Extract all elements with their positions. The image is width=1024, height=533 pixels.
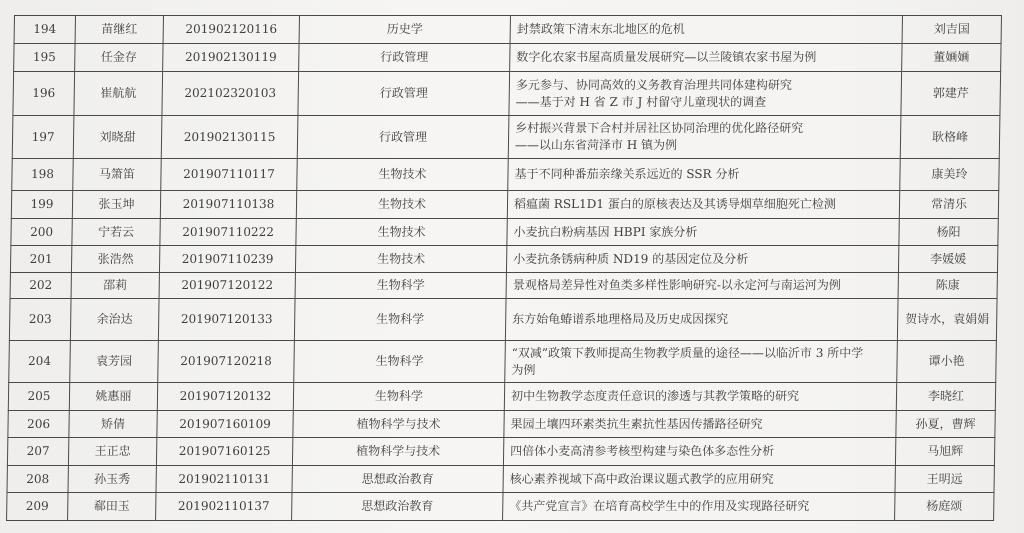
- cell-advisor: 杨庭颂: [895, 493, 994, 521]
- cell-student-name: 余治达: [70, 299, 159, 341]
- thesis-title-line: 封禁政策下清末东北地区的危机: [517, 21, 896, 38]
- cell-advisor: 孙夏，曹辉: [896, 411, 995, 438]
- cell-thesis-title: 基于不同种番茄亲缘关系远近的 SSR 分析: [508, 159, 901, 191]
- thesis-title-line: “双减”政策下教师提高生物教学质量的途径——以临沂市 3 所中学: [512, 345, 891, 362]
- cell-student-id: 201902110137: [156, 493, 292, 521]
- table-row: 206 矫倩 201907160109 植物科学与技术 果园土壤四环素类抗生素抗…: [8, 411, 995, 438]
- cell-student-id: 201907120132: [157, 383, 293, 411]
- cell-thesis-title: 稻瘟菌 RSL1D1 蛋白的原核表达及其诱导烟草细胞死亡检测: [507, 191, 899, 219]
- thesis-title-line: 东方始龟蝽谱系地理格局及历史成因探究: [512, 311, 891, 328]
- table-row: 197 刘晓甜 201902130115 行政管理 乡村振兴背景下合村并居社区协…: [12, 116, 1000, 159]
- cell-student-name: 宁若云: [72, 219, 160, 246]
- thesis-title-line: 稻瘟菌 RSL1D1 蛋白的原核表达及其诱导烟草细胞死亡检测: [514, 196, 893, 213]
- thesis-title-line: 基于不同种番茄亲缘关系远近的 SSR 分析: [514, 166, 893, 183]
- thesis-title-line: ——以山东省菏泽市 H 镇为例: [515, 137, 894, 154]
- cell-advisor: 杨阳: [899, 219, 998, 246]
- cell-major: 行政管理: [297, 116, 509, 159]
- cell-major: 生物技术: [296, 219, 507, 246]
- cell-student-id: 201902130115: [161, 116, 298, 159]
- thesis-title-line: 核心素养视域下高中政治课议题式教学的应用研究: [510, 471, 889, 488]
- cell-student-name: 孙玉秀: [68, 466, 156, 493]
- cell-serial-number: 199: [11, 191, 72, 219]
- thesis-title-line: 果园土壤四环素类抗生素抗性基因传播路径研究: [510, 416, 889, 433]
- cell-major: 思想政治教育: [292, 493, 503, 521]
- cell-student-name: 崔航航: [74, 72, 163, 116]
- cell-advisor: 常清乐: [899, 191, 998, 219]
- table-row: 199 张玉坤 201907110138 生物技术 稻瘟菌 RSL1D1 蛋白的…: [11, 191, 998, 219]
- thesis-title-line: 乡村振兴背景下合村并居社区协同治理的优化路径研究: [515, 120, 894, 137]
- table-row: 208 孙玉秀 201902110131 思想政治教育 核心素养视域下高中政治课…: [7, 466, 994, 493]
- cell-serial-number: 200: [11, 219, 72, 246]
- cell-major: 行政管理: [298, 72, 510, 116]
- cell-serial-number: 194: [14, 16, 75, 44]
- cell-student-name: 王正忠: [68, 438, 156, 466]
- cell-student-id: 201902130119: [163, 44, 299, 72]
- cell-thesis-title: 景观格局差异性对鱼类多样性影响研究-以永定河与南运河为例: [506, 273, 898, 299]
- cell-thesis-title: 小麦抗条锈病种质 ND19 的基因定位及分析: [506, 246, 898, 273]
- cell-thesis-title: “双减”政策下教师提高生物教学质量的途径——以临沂市 3 所中学为例: [505, 341, 898, 383]
- thesis-title-line: 景观格局差异性对鱼类多样性影响研究-以永定河与南运河为例: [513, 277, 892, 294]
- cell-major: 生物科学: [294, 341, 506, 383]
- cell-major: 历史学: [299, 16, 510, 44]
- cell-major: 植物科学与技术: [292, 438, 503, 466]
- table-row: 195 任金存 201902130119 行政管理 数字化农家书屋高质量发展研究…: [14, 44, 1001, 72]
- cell-student-id: 201907110117: [161, 159, 298, 191]
- cell-student-name: 张玉坤: [72, 191, 160, 219]
- thesis-title-line: 数字化农家书屋高质量发展研究—以兰陵镇农家书屋为例: [516, 49, 895, 66]
- cell-major: 生物科学: [293, 383, 504, 411]
- cell-serial-number: 207: [7, 438, 68, 466]
- cell-student-id: 202102320103: [162, 72, 299, 116]
- cell-student-id: 201902110131: [156, 466, 292, 493]
- cell-student-id: 201907160125: [156, 438, 292, 466]
- table-row: 204 袁芳园 201907120218 生物科学 “双减”政策下教师提高生物教…: [9, 341, 997, 383]
- cell-advisor: 刘吉国: [902, 16, 1001, 44]
- cell-student-name: 苗继红: [75, 16, 163, 44]
- thesis-title-line: 四倍体小麦高清参考核型构建与染色体多态性分析: [510, 443, 889, 460]
- cell-student-id: 201907120133: [158, 299, 295, 341]
- document-page: 194 苗继红 201902120116 历史学 封禁政策下清末东北地区的危机 …: [0, 0, 1024, 533]
- cell-student-id: 201907110239: [159, 246, 295, 273]
- cell-student-name: 任金存: [75, 44, 163, 72]
- thesis-title-line: ——基于对 H 省 Z 市 J 村留守儿童现状的调查: [515, 94, 894, 111]
- cell-advisor: 王明远: [895, 466, 994, 493]
- cell-serial-number: 197: [12, 116, 74, 159]
- cell-advisor: 董婳婳: [902, 44, 1001, 72]
- cell-student-name: 袁芳园: [70, 341, 159, 383]
- cell-serial-number: 196: [13, 72, 75, 116]
- cell-serial-number: 208: [7, 466, 68, 493]
- cell-student-name: 郗田玉: [68, 493, 156, 521]
- cell-serial-number: 202: [10, 273, 71, 299]
- cell-major: 思想政治教育: [292, 466, 503, 493]
- cell-serial-number: 205: [8, 383, 69, 411]
- thesis-title-line: 《共产党宣言》在培育高校学生中的作用及实现路径研究: [509, 498, 888, 515]
- thesis-title-line: 多元参与、协同高效的义务教育治理共同体建构研究: [516, 77, 895, 94]
- cell-major: 生物技术: [296, 191, 507, 219]
- cell-thesis-title: 果园土壤四环素类抗生素抗性基因传播路径研究: [504, 411, 896, 438]
- cell-advisor: 耿格峰: [900, 116, 1000, 159]
- cell-student-id: 201907110138: [160, 191, 296, 219]
- cell-thesis-title: 东方始龟蝽谱系地理格局及历史成因探究: [505, 299, 898, 341]
- cell-advisor: 谭小艳: [897, 341, 997, 383]
- cell-thesis-title: 核心素养视域下高中政治课议题式教学的应用研究: [503, 466, 895, 493]
- cell-student-id: 201907120218: [158, 341, 295, 383]
- thesis-title-line: 为例: [511, 362, 890, 379]
- table-row: 194 苗继红 201902120116 历史学 封禁政策下清末东北地区的危机 …: [14, 16, 1001, 44]
- cell-student-id: 201907120122: [159, 273, 295, 299]
- table-row: 198 马箫笛 201907110117 生物技术 基于不同种番茄亲缘关系远近的…: [12, 159, 1000, 191]
- cell-major: 生物技术: [297, 159, 509, 191]
- table-row: 202 邵莉 201907120122 生物科学 景观格局差异性对鱼类多样性影响…: [10, 273, 997, 299]
- table-row: 207 王正忠 201907160125 植物科学与技术 四倍体小麦高清参考核型…: [7, 438, 994, 466]
- cell-student-id: 201907110222: [160, 219, 296, 246]
- thesis-title-line: 小麦抗条锈病种质 ND19 的基因定位及分析: [513, 251, 892, 268]
- cell-student-name: 邵莉: [71, 273, 159, 299]
- cell-serial-number: 195: [14, 44, 75, 72]
- cell-student-name: 张浩然: [71, 246, 159, 273]
- cell-serial-number: 201: [10, 246, 71, 273]
- cell-thesis-title: 四倍体小麦高清参考核型构建与染色体多态性分析: [503, 438, 895, 466]
- cell-thesis-title: 初中生物教学态度责任意识的渗透与其教学策略的研究: [504, 383, 896, 411]
- cell-major: 植物科学与技术: [293, 411, 504, 438]
- cell-student-name: 矫倩: [69, 411, 157, 438]
- cell-serial-number: 204: [9, 341, 71, 383]
- cell-student-name: 姚惠丽: [69, 383, 157, 411]
- cell-advisor: 康美玲: [900, 159, 1000, 191]
- table-row: 201 张浩然 201907110239 生物技术 小麦抗条锈病种质 ND19 …: [10, 246, 997, 273]
- cell-serial-number: 198: [12, 159, 74, 191]
- roster-body: 194 苗继红 201902120116 历史学 封禁政策下清末东北地区的危机 …: [7, 16, 1002, 521]
- table-row: 209 郗田玉 201902110137 思想政治教育 《共产党宣言》在培育高校…: [7, 493, 994, 521]
- cell-advisor: 李媛媛: [898, 246, 997, 273]
- cell-thesis-title: 《共产党宣言》在培育高校学生中的作用及实现路径研究: [503, 493, 895, 521]
- cell-serial-number: 209: [7, 493, 68, 521]
- cell-serial-number: 206: [8, 411, 69, 438]
- table-row: 203 余治达 201907120133 生物科学 东方始龟蝽谱系地理格局及历史…: [9, 299, 997, 341]
- thesis-roster-table: 194 苗继红 201902120116 历史学 封禁政策下清末东北地区的危机 …: [6, 15, 1002, 521]
- cell-major: 生物科学: [295, 273, 506, 299]
- cell-advisor: 马旭辉: [895, 438, 994, 466]
- cell-student-id: 201902120116: [163, 16, 299, 44]
- cell-student-name: 刘晓甜: [73, 116, 162, 159]
- cell-serial-number: 203: [9, 299, 71, 341]
- cell-thesis-title: 乡村振兴背景下合村并居社区协同治理的优化路径研究——以山东省菏泽市 H 镇为例: [508, 116, 901, 159]
- cell-advisor: 李晓红: [896, 383, 995, 411]
- cell-thesis-title: 多元参与、协同高效的义务教育治理共同体建构研究——基于对 H 省 Z 市 J 村…: [509, 72, 902, 116]
- cell-advisor: 贺诗水，袁娟娟: [897, 299, 997, 341]
- cell-student-id: 201907160109: [157, 411, 293, 438]
- cell-thesis-title: 小麦抗白粉病基因 HBPI 家族分析: [507, 219, 899, 246]
- cell-major: 生物科学: [294, 299, 506, 341]
- thesis-title-line: 初中生物教学态度责任意识的渗透与其教学策略的研究: [511, 388, 890, 405]
- cell-thesis-title: 封禁政策下清末东北地区的危机: [510, 16, 902, 44]
- table-row: 205 姚惠丽 201907120132 生物科学 初中生物教学态度责任意识的渗…: [8, 383, 995, 411]
- cell-advisor: 陈康: [898, 273, 997, 299]
- table-row: 200 宁若云 201907110222 生物技术 小麦抗白粉病基因 HBPI …: [11, 219, 998, 246]
- table-row: 196 崔航航 202102320103 行政管理 多元参与、协同高效的义务教育…: [13, 72, 1001, 116]
- cell-thesis-title: 数字化农家书屋高质量发展研究—以兰陵镇农家书屋为例: [510, 44, 902, 72]
- cell-major: 生物技术: [295, 246, 506, 273]
- cell-advisor: 郭建芹: [901, 72, 1001, 116]
- cell-major: 行政管理: [299, 44, 510, 72]
- cell-student-name: 马箫笛: [73, 159, 162, 191]
- thesis-title-line: 小麦抗白粉病基因 HBPI 家族分析: [513, 224, 892, 241]
